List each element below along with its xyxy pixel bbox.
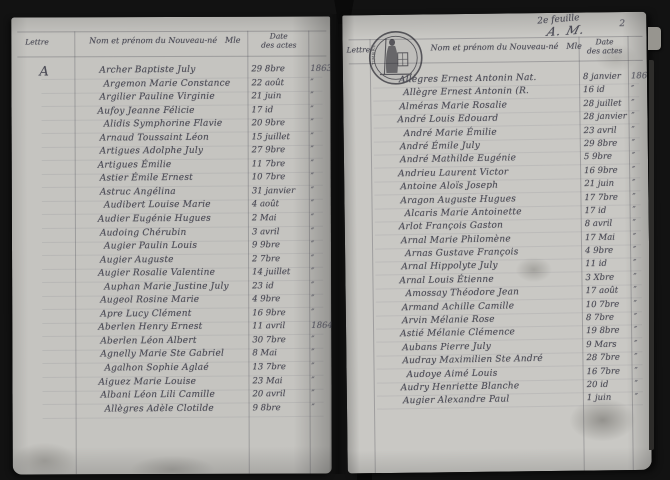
entry-date: 28 janvier	[583, 111, 635, 122]
page-stack-tab	[648, 27, 661, 50]
entry-year-ditto: ″	[311, 118, 314, 128]
entry-date: 9 8bre	[253, 403, 305, 413]
entry-name: Arnaud Toussaint Léon	[100, 132, 209, 143]
entry-year-ditto: ″	[633, 245, 636, 255]
entry-year-ditto: ″	[632, 192, 635, 202]
entry-year-ditto: ″	[634, 339, 637, 349]
page-edge-strip	[649, 60, 654, 450]
entry-name: Astruc Angélina	[100, 187, 176, 198]
entry-year-ditto: ″	[310, 105, 313, 115]
entry-date: 20 avril	[252, 389, 304, 399]
entry-name: Aufoy Jeanne Félicie	[97, 105, 194, 116]
entry-year-ditto: ″	[632, 125, 635, 135]
entry-year-ditto: ″	[312, 403, 315, 413]
entry-name: Arlot François Gaston	[399, 221, 503, 233]
entry-date: 29 8bre	[251, 64, 303, 74]
entry-date: 4 9bre	[585, 245, 637, 256]
entry-year-ditto: ″	[311, 159, 314, 169]
register-entry-row: Allègres Adèle Clotilde 9 8bre ″	[13, 402, 332, 418]
entry-date: 8 avril	[585, 219, 637, 230]
entry-year-ditto: ″	[311, 213, 314, 223]
entry-year-ditto: ″	[631, 112, 634, 122]
entry-name: Artigues Émilie	[98, 160, 172, 171]
entry-name: Arnal Marie Philomène	[401, 234, 511, 246]
entry-year-ditto: ″	[632, 138, 635, 148]
entry-date: 15 juillet	[252, 132, 304, 142]
entry-year-ditto: ″	[631, 98, 634, 108]
entry-date: 17 août	[586, 286, 638, 297]
entry-date: 10 7bre	[252, 172, 304, 182]
entry-name: Alcaris Marie Antoinette	[405, 207, 522, 219]
entry-name: André Émile July	[400, 141, 480, 152]
entry-date: 22 août	[251, 78, 303, 88]
column-header-name-suffix: Mle	[225, 36, 241, 45]
entry-date: 8 janvier	[583, 71, 635, 82]
entry-name: Albani Léon Lili Camille	[100, 390, 215, 401]
entry-year-ditto: ″	[311, 335, 314, 345]
entry-year-ditto: ″	[633, 259, 636, 269]
column-header-letter: Lettre	[25, 37, 49, 46]
entry-name: Amossay Théodore Jean	[406, 288, 520, 300]
entry-year-ditto: ″	[634, 286, 637, 296]
entry-year-ditto: ″	[635, 379, 638, 389]
entry-date: 23 id	[252, 281, 304, 291]
entry-date: 27 9bre	[252, 145, 304, 155]
entry-name: Aberlen Henry Ernest	[98, 322, 202, 333]
entry-date: 8 7bre	[586, 312, 638, 323]
entry-name: Arnas Gustave François	[405, 247, 519, 259]
entry-year-ditto: ″	[633, 232, 636, 242]
entry-year-ditto: ″	[310, 77, 313, 87]
entry-date: 9 Mars	[586, 339, 638, 350]
entry-name: Audoye Aimé Louis	[407, 368, 498, 380]
entry-name: Audibert Louise Marie	[104, 200, 211, 211]
entry-name: Audoing Chérubin	[100, 227, 187, 238]
entry-year-ditto: ″	[311, 294, 314, 304]
entry-year-ditto: ″	[311, 348, 314, 358]
entry-name: Archer Baptiste July	[99, 65, 195, 76]
entry-name: Agnelly Marie Ste Gabriel	[100, 349, 224, 360]
entry-date: 16 id	[583, 85, 635, 96]
entry-year-ditto: ″	[311, 254, 314, 264]
entry-year-ditto: ″	[632, 152, 635, 162]
entry-year-ditto: ″	[632, 178, 635, 188]
entry-date: 14 juillet	[252, 267, 304, 277]
entry-name: Audry Henriette Blanche	[401, 381, 520, 393]
entry-date: 28 juillet	[583, 98, 635, 109]
entry-date: 23 avril	[584, 125, 636, 136]
entry-date: 16 9bre	[252, 308, 304, 318]
entry-year-ditto: ″	[311, 186, 314, 196]
entry-name: André Mathilde Eugénie	[400, 154, 516, 166]
entry-date: 11 id	[585, 259, 637, 270]
entry-date: 17 Mai	[585, 232, 637, 243]
entry-name: Auphan Marie Justine July	[104, 281, 229, 292]
entry-date: 21 juin	[584, 178, 636, 189]
entry-year-ditto: ″	[634, 299, 637, 309]
entry-year-ditto: ″	[311, 389, 314, 399]
entry-year-ditto: ″	[633, 219, 636, 229]
entry-name: Augeol Rosine Marie	[100, 295, 199, 306]
entry-name: Argemon Marie Constance	[103, 78, 230, 89]
register-page-right: 2e feuille A. M. 2 Lettre Nom et prénom …	[342, 12, 652, 474]
entry-date: 9 9bre	[252, 240, 304, 250]
entry-name: Augier Paulin Louis	[104, 241, 197, 252]
entry-name: Armand Achille Camille	[402, 301, 515, 313]
entry-year-ditto: ″	[635, 393, 638, 403]
entry-name: Allègres Adèle Clotilde	[105, 403, 214, 414]
entry-name: Alidis Symphorine Flavie	[104, 119, 223, 130]
entry-name: André Marie Émilie	[404, 127, 497, 139]
entry-date: 1 juin	[587, 393, 639, 404]
entry-year-ditto: ″	[634, 366, 637, 376]
entry-date: 16 9bre	[584, 165, 636, 176]
column-header-name: Nom et prénom du Nouveau-néMle	[431, 42, 582, 53]
entry-date: 20 9bre	[252, 118, 304, 128]
entry-name: Augier Alexandre Paul	[403, 395, 510, 407]
revenue-stamp-label: TIMBRE	[371, 44, 377, 66]
entry-year-ditto: ″	[310, 91, 313, 101]
entry-date: 23 Mai	[252, 376, 304, 386]
entry-date: 17 id	[251, 105, 303, 115]
entry-date: 2 Mai	[252, 213, 304, 223]
entry-date: 19 8bre	[586, 326, 638, 337]
entry-name: Augier Auguste	[100, 255, 174, 266]
entry-year-ditto: ″	[634, 312, 637, 322]
book-spread: Lettre Nom et prénom du Nouveau-néMle Da…	[0, 0, 670, 480]
entry-date: 3 avril	[252, 227, 304, 237]
entry-date: 3 Xbre	[585, 272, 637, 283]
entry-name: Astié Mélanie Clémence	[400, 328, 515, 340]
entry-date: 10 7bre	[586, 299, 638, 310]
entry-date: 11 avril	[252, 321, 304, 331]
entry-date: 5 9bre	[584, 152, 636, 163]
entry-year-ditto: ″	[311, 172, 314, 182]
entry-year-ditto: ″	[311, 199, 314, 209]
entry-name: Astier Émile Ernest	[100, 173, 193, 184]
entry-date: 4 août	[252, 199, 304, 209]
entry-name: Antoine Aloïs Joseph	[400, 181, 498, 193]
entry-name: Audray Maximilien Ste André	[402, 354, 543, 366]
entry-name: Audier Eugénie Hugues	[98, 214, 211, 225]
entry-name: Aberlen Léon Albert	[100, 336, 196, 347]
entry-date: 8 Mai	[252, 348, 304, 358]
entry-name: Aragon Auguste Hugues	[400, 194, 516, 206]
entry-name: Alméras Marie Rosalie	[399, 100, 507, 112]
column-header-name: Nom et prénom du Nouveau-néMle	[89, 36, 240, 46]
entry-name: Arvin Mélanie Rose	[402, 315, 495, 327]
entry-name: Andrieu Laurent Victor	[398, 167, 508, 179]
entry-year-ditto: ″	[311, 267, 314, 277]
column-header-date: Date des actes	[581, 37, 627, 56]
entry-name: Argilier Pauline Virginie	[99, 92, 214, 103]
entry-date: 11 7bre	[252, 159, 304, 169]
entry-year-ditto: ″	[311, 281, 314, 291]
entry-year-ditto: ″	[311, 375, 314, 385]
entry-year-ditto: ″	[311, 308, 314, 318]
entry-year-ditto: ″	[311, 132, 314, 142]
entry-name: Artigues Adolphe July	[100, 146, 204, 157]
entry-year-ditto: ″	[633, 205, 636, 215]
entry-name: Allègres Ernest Antonin Nat.	[399, 73, 537, 85]
entry-year-ditto: ″	[311, 240, 314, 250]
entry-date: 28 7bre	[586, 353, 638, 364]
entry-name: Aiguez Marie Louise	[98, 376, 196, 387]
entry-name: Allègre Ernest Antonin (R.	[403, 86, 529, 98]
entry-date: 20 id	[587, 379, 639, 390]
entry-name: Arnal Louis Étienne	[399, 275, 494, 287]
entry-date: 13 7bre	[252, 362, 304, 372]
register-page-left: Lettre Nom et prénom du Nouveau-néMle Da…	[11, 16, 332, 474]
column-header-date: Date des actes	[251, 32, 306, 50]
register-entries-left: Archer Baptiste July 29 8bre 1863 Argemo…	[11, 64, 331, 417]
register-entries-right: Allègres Ernest Antonin Nat. 8 janvier 1…	[343, 72, 651, 410]
entry-year-ditto: ″	[311, 362, 314, 372]
entry-date: 30 7bre	[252, 335, 304, 345]
entry-date: 17 7bre	[584, 192, 636, 203]
entry-name: Augier Rosalie Valentine	[98, 268, 215, 279]
entry-name: André Louis Edouard	[397, 114, 498, 126]
entry-date: 16 7bre	[586, 366, 638, 377]
entry-date: 21 juin	[251, 91, 303, 101]
entry-date: 29 8bre	[584, 138, 636, 149]
entry-year-ditto: ″	[311, 226, 314, 236]
entry-date: 31 janvier	[252, 186, 304, 196]
entry-name: Apre Lucy Clément	[100, 309, 191, 320]
entry-year-ditto: ″	[311, 145, 314, 155]
page-number: 2	[619, 19, 625, 29]
entry-date: 2 7bre	[252, 254, 304, 264]
entry-date: 4 9bre	[252, 294, 304, 304]
entry-year-ditto: ″	[633, 272, 636, 282]
entry-year-ditto: ″	[632, 165, 635, 175]
entry-year-ditto: ″	[634, 353, 637, 363]
entry-date: 17 id	[585, 205, 637, 216]
entry-name: Aubans Pierre July	[402, 342, 491, 353]
entry-name: Arnal Hippolyte July	[401, 261, 498, 273]
header-rule-bottom	[17, 55, 326, 57]
entry-year-ditto: ″	[631, 85, 634, 95]
entry-year-ditto: ″	[634, 326, 637, 336]
entry-name: Agalhon Sophie Aglaé	[104, 363, 208, 374]
column-header-name-suffix: Mle	[566, 42, 582, 51]
